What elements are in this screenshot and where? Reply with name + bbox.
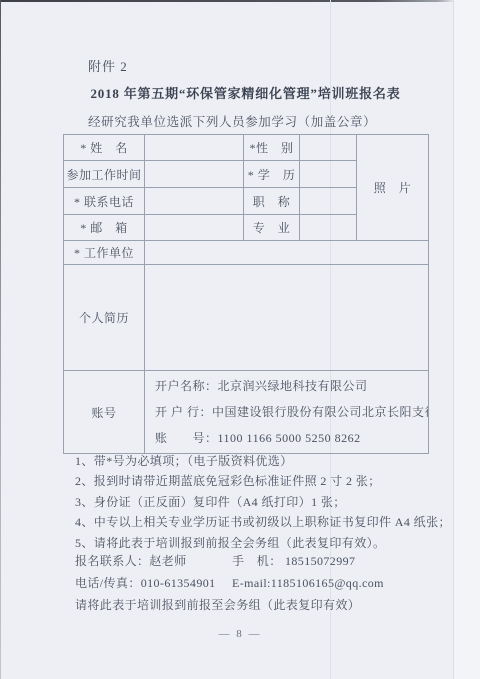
scan-artifact-top-edge	[0, 0, 456, 2]
notes-list: 1、带*号为必填项；（电子版资料优选） 2、报到时请带近期蓝底免冠彩色标准证件照…	[75, 451, 455, 553]
attachment-label: 附件 2	[88, 56, 128, 75]
field-value-email	[145, 215, 244, 241]
field-label-account: 账号	[64, 371, 145, 454]
page-number: — 8 —	[0, 628, 480, 640]
scanned-document-page: 附件 2 2018 年第五期“环保管家精细化管理”培训班报名表 经研究我单位选派…	[0, 0, 480, 679]
field-label-work-unit: * 工作单位	[64, 241, 145, 265]
bank-account-name: 开户名称：北京润兴绿地科技有限公司	[155, 373, 424, 399]
contact-footer-note: 请将此表于培训报到前报至会务组（此表复印有效）	[75, 594, 455, 616]
field-value-work-unit	[145, 241, 429, 265]
form-instruction: 经研究我单位选派下列人员参加学习（加盖公章）	[88, 112, 376, 130]
contact-email: E-mail:1185106165@qq.com	[232, 572, 384, 594]
field-value-education	[300, 161, 357, 188]
field-value-major	[300, 215, 357, 241]
scan-artifact-left-edge	[0, 0, 1, 679]
field-label-phone: * 联系电话	[64, 188, 145, 215]
field-value-name	[145, 135, 244, 161]
contact-row-person: 报名联系人：赵老师 手 机： 18515072997	[75, 550, 455, 572]
contact-block: 报名联系人：赵老师 手 机： 18515072997 电话/传真：010-613…	[75, 550, 455, 616]
field-label-job-title: 职 称	[244, 188, 300, 215]
field-label-major: 专 业	[244, 215, 300, 241]
registration-form-table: * 姓 名 *性 别 照 片 参加工作时间 * 学 历 * 联系电话 职 称 *…	[63, 134, 429, 454]
note-item-3: 3、身份证（正反面）复印件（A4 纸打印）1 张；	[75, 492, 455, 512]
field-value-job-title	[300, 188, 357, 215]
field-value-work-start-date	[145, 161, 244, 188]
contact-mobile: 手 机： 18515072997	[232, 550, 355, 572]
note-item-2: 2、报到时请带近期蓝底免冠彩色标准证件照 2 寸 2 张；	[75, 471, 455, 491]
field-label-work-start-date: 参加工作时间	[64, 161, 145, 188]
contact-person: 报名联系人：赵老师	[75, 550, 232, 572]
bank-account-number: 账 号：1100 1166 5000 5250 8262	[155, 425, 424, 451]
field-value-phone	[145, 188, 244, 215]
field-value-gender	[300, 135, 357, 161]
field-label-education: * 学 历	[244, 161, 300, 188]
page-title: 2018 年第五期“环保管家精细化管理”培训班报名表	[63, 83, 428, 102]
field-label-resume: 个人简历	[64, 265, 145, 371]
field-label-name: * 姓 名	[64, 135, 145, 161]
note-item-1: 1、带*号为必填项；（电子版资料优选）	[75, 451, 455, 471]
contact-row-phone: 电话/传真：010-61354901 E-mail:1185106165@qq.…	[75, 572, 455, 594]
field-value-resume	[145, 265, 429, 371]
field-label-email: * 邮 箱	[64, 215, 145, 241]
scan-artifact-right-strip	[454, 0, 480, 679]
bank-branch: 开 户 行：中国建设银行股份有限公司北京长阳支行	[155, 399, 424, 425]
contact-phone-fax: 电话/传真：010-61354901	[75, 572, 232, 594]
note-item-4: 4、中专以上相关专业学历证书或初级以上职称证书复印件 A4 纸张；	[75, 512, 455, 532]
field-label-gender: *性 别	[244, 135, 300, 161]
photo-cell: 照 片	[357, 135, 429, 241]
bank-account-cell: 开户名称：北京润兴绿地科技有限公司 开 户 行：中国建设银行股份有限公司北京长阳…	[145, 371, 429, 454]
